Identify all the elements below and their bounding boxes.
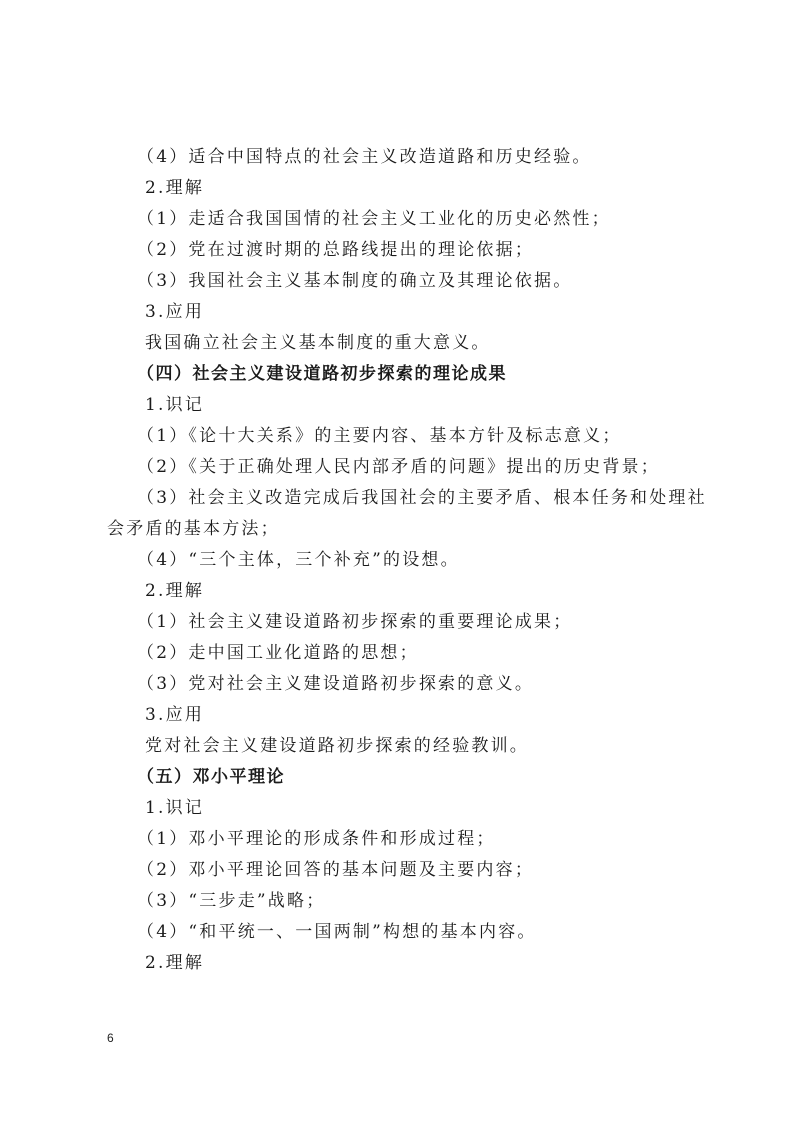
text-line: （1）《论十大关系》的主要内容、基本方针及标志意义；	[137, 426, 622, 446]
text-line: （4）“三个主体，三个补充”的设想。	[137, 550, 460, 570]
page-number: 6	[107, 1031, 114, 1045]
text-line: 1.识记	[145, 395, 204, 415]
text-line: 2.理解	[145, 953, 204, 973]
text-line: 2.理解	[145, 581, 204, 601]
text-line: 会矛盾的基本方法；	[107, 519, 280, 539]
text-line: （2）走中国工业化道路的思想；	[137, 643, 419, 663]
text-line: （3）社会主义改造完成后我国社会的主要矛盾、根本任务和处理社	[137, 488, 707, 508]
text-line: 3.应用	[145, 302, 204, 322]
text-line: 我国确立社会主义基本制度的重大意义。	[145, 333, 491, 353]
section-heading: （四）社会主义建设道路初步探索的理论成果	[137, 364, 507, 384]
text-line: （3）党对社会主义建设道路初步探索的意义。	[137, 674, 534, 694]
document-page: （4）适合中国特点的社会主义改造道路和历史经验。2.理解（1）走适合我国国情的社…	[0, 0, 793, 1122]
text-line: 2.理解	[145, 178, 204, 198]
text-line: （1）邓小平理论的形成条件和形成过程；	[137, 829, 496, 849]
text-line: （3）我国社会主义基本制度的确立及其理论依据。	[137, 271, 572, 291]
text-line: （3）“三步走”战略；	[137, 891, 325, 911]
section-heading: （五）邓小平理论	[137, 767, 285, 787]
text-line: （1）社会主义建设道路初步探索的重要理论成果；	[137, 612, 572, 632]
text-line: （2）邓小平理论回答的基本问题及主要内容；	[137, 860, 534, 880]
text-line: （2）党在过渡时期的总路线提出的理论依据；	[137, 240, 534, 260]
text-line: （2）《关于正确处理人民内部矛盾的问题》提出的历史背景；	[137, 457, 660, 477]
text-line: （4）适合中国特点的社会主义改造道路和历史经验。	[137, 147, 592, 167]
text-line: 党对社会主义建设道路初步探索的经验教训。	[145, 736, 529, 756]
text-line: 3.应用	[145, 705, 204, 725]
text-line: 1.识记	[145, 798, 204, 818]
text-line: （4）“和平统一、一国两制”构想的基本内容。	[137, 922, 537, 942]
text-line: （1）走适合我国国情的社会主义工业化的历史必然性；	[137, 209, 611, 229]
